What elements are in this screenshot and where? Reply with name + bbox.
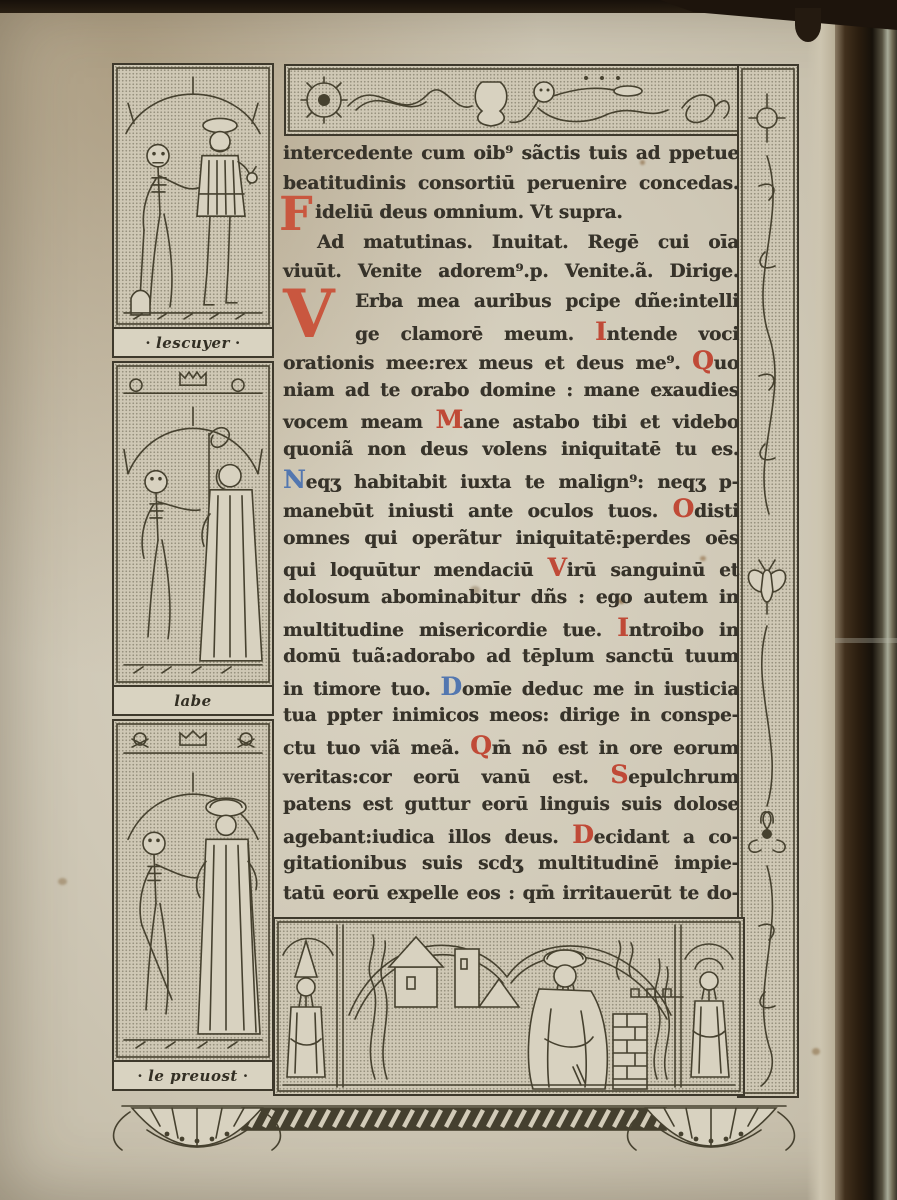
inline-initial: Q <box>692 346 714 375</box>
text-line: Erba mea auribus pcipe dñe:intelli <box>283 287 739 317</box>
text-segment: tatū eorū expelle eos : qm̄ irritauerūt … <box>283 883 739 904</box>
panel-banner-provost: · le preuost · <box>114 1060 272 1089</box>
text-line: dolosum abominabitur dñs : ego autem in <box>283 583 739 613</box>
text-line: ge clamorē meum. Intende voci <box>283 317 739 347</box>
text-segment: viuūt. Venite adorem⁹.p. Venite.ã. Dirig… <box>283 261 739 282</box>
text-segment: eqʒ habitabit iuxta te malign⁹: neqʒ p- <box>306 472 739 493</box>
illuminated-initial-F: F <box>279 191 312 238</box>
text-line: Neqʒ habitabit iuxta te malign⁹: neqʒ p- <box>283 465 739 495</box>
text-line: viuūt. Venite adorem⁹.p. Venite.ã. Dirig… <box>283 257 739 287</box>
death-and-abbot-illustration <box>114 363 272 685</box>
danse-macabre-margin-column: · lescuyer · <box>112 63 274 1091</box>
death-and-provost-illustration <box>114 721 272 1060</box>
woodcut-death-and-abbot: labe <box>112 361 274 716</box>
text-segment: in timore tuo. <box>283 679 440 700</box>
banner-caption: lescuyer <box>156 334 230 352</box>
text-segment: ntroibo in <box>629 620 739 641</box>
text-line: niam ad te orabo domine : mane exaudies <box>283 376 739 406</box>
text-line: patens est guttur eorū linguis suis dolo… <box>283 790 739 820</box>
text-line: orationis mee:rex meus et deus me⁹. Quo <box>283 346 739 376</box>
right-border-woodcut <box>737 64 799 1098</box>
text-segment: Ad matutinas. Inuitat. Regē cui oīa <box>317 232 739 253</box>
inline-initial: M <box>435 405 462 434</box>
text-segment: ecidant a co- <box>594 827 739 848</box>
text-line: multitudine misericordie tue. Introibo i… <box>283 613 739 643</box>
inline-initial: O <box>672 494 694 523</box>
text-line: ideliū deus omnium. Vt supra. <box>283 198 739 228</box>
banner-dot: · <box>243 1067 249 1085</box>
inline-initial: I <box>617 613 628 642</box>
text-segment: dolosum abominabitur dñs : ego autem in <box>283 587 739 608</box>
text-segment: irū sanguinū et <box>567 560 739 581</box>
bottom-scene-woodcut <box>273 917 745 1096</box>
text-line: manebūt iniusti ante oculos tuos. Odisti <box>283 494 739 524</box>
text-segment: m̄ nō est in ore eorum <box>492 738 739 759</box>
text-segment: beatitudinis consortiū peruenire conceda… <box>283 173 739 194</box>
text-segment: patens est guttur eorū linguis suis dolo… <box>283 794 739 815</box>
text-segment: intercedente cum oib⁹ sãctis tuis ad ppe… <box>283 143 739 164</box>
text-line: in timore tuo. Domīe deduc me in iustici… <box>283 672 739 702</box>
text-segment: ge clamorē meum. <box>355 324 595 345</box>
text-segment: multitudine misericordie tue. <box>283 620 617 641</box>
text-segment: epulchrum <box>628 767 739 788</box>
text-segment: gitationibus suis scdʒ multitudinē impie… <box>283 853 739 874</box>
binding-edge <box>835 0 897 1200</box>
text-segment: orationis mee:rex meus et deus me⁹. <box>283 353 692 374</box>
text-line: intercedente cum oib⁹ sãctis tuis ad ppe… <box>283 139 739 169</box>
banner-caption: labe <box>174 692 211 710</box>
panel-banner-abbot: labe <box>114 685 272 714</box>
text-segment: ntende voci <box>607 324 740 345</box>
text-segment: qui loquūtur mendaciū <box>283 560 547 581</box>
book-of-hours-leaf-photo: · lescuyer · <box>0 0 897 1200</box>
death-and-squire-illustration <box>114 65 272 327</box>
text-line: tua ppter inimicos meos: dirige in consp… <box>283 701 739 731</box>
text-segment: agebant:iudica illos deus. <box>283 827 572 848</box>
banner-caption: le preuost <box>148 1067 238 1085</box>
panel-banner-squire: · lescuyer · <box>114 327 272 356</box>
inline-initial: D <box>440 672 461 701</box>
text-segment: ctu tuo viã meã. <box>283 738 470 759</box>
foxing-spot <box>812 1048 820 1055</box>
text-segment: veritas:cor eorū vanū est. <box>283 767 610 788</box>
text-segment: manebūt iniusti ante oculos tuos. <box>283 501 672 522</box>
inline-initial: Q <box>470 731 492 760</box>
text-segment: ideliū deus omnium. Vt supra. <box>315 202 623 223</box>
text-line: gitationibus suis scdʒ multitudinē impie… <box>283 849 739 879</box>
text-segment: disti <box>694 501 739 522</box>
illuminated-initial-V: V <box>283 281 334 347</box>
inline-initial: V <box>547 553 566 582</box>
text-segment: omnes qui operãtur iniquitatē:perdes oēs <box>283 528 739 549</box>
base-ornament-woodcut <box>92 1098 816 1162</box>
text-line: Ad matutinas. Inuitat. Regē cui oīa <box>283 228 739 258</box>
text-block: intercedente cum oib⁹ sãctis tuis ad ppe… <box>283 139 739 908</box>
text-line: domū tuã:adorabo ad tēplum sanctū tuum <box>283 642 739 672</box>
woodcut-death-and-squire: · lescuyer · <box>112 63 274 358</box>
banner-dot: · <box>235 334 241 352</box>
inline-initial: N <box>283 465 306 494</box>
banner-dot: · <box>137 1067 143 1085</box>
text-line: beatitudinis consortiū peruenire conceda… <box>283 169 739 199</box>
text-segment: domū tuã:adorabo ad tēplum sanctū tuum <box>283 646 739 667</box>
text-line: veritas:cor eorū vanū est. Sepulchrum <box>283 760 739 790</box>
photo-top-right-edge <box>660 0 897 30</box>
text-segment: tua ppter inimicos meos: dirige in consp… <box>283 705 739 726</box>
inline-initial: S <box>610 760 628 789</box>
foxing-spot <box>58 878 67 885</box>
text-line: qui loquūtur mendaciū Virū sanguinū et <box>283 553 739 583</box>
text-segment: quoniã non deus volens iniquitatē tu es. <box>283 439 739 460</box>
text-segment: uo <box>714 353 739 374</box>
text-segment: vocem meam <box>283 412 435 433</box>
inline-initial: I <box>595 317 606 346</box>
text-segment: omīe deduc me in iusticia <box>462 679 739 700</box>
inline-initial: D <box>572 820 593 849</box>
text-line: omnes qui operãtur iniquitatē:perdes oēs <box>283 524 739 554</box>
page-paper-edge <box>807 12 837 1200</box>
text-line: quoniã non deus volens iniquitatē tu es. <box>283 435 739 465</box>
woodcut-death-and-provost: · le preuost · <box>112 719 274 1091</box>
binding-seam <box>835 638 897 643</box>
text-segment: ane astabo tibi et videbo <box>463 412 739 433</box>
text-line: vocem meam Mane astabo tibi et videbo <box>283 405 739 435</box>
text-line: tatū eorū expelle eos : qm̄ irritauerūt … <box>283 879 739 909</box>
text-line: ctu tuo viã meã. Qm̄ nō est in ore eorum <box>283 731 739 761</box>
text-segment: Erba mea auribus pcipe dñe:intelli <box>355 291 739 312</box>
banner-dot: · <box>145 334 151 352</box>
paper-tear-notch <box>795 8 821 42</box>
top-border-woodcut <box>284 64 744 136</box>
text-segment: niam ad te orabo domine : mane exaudies <box>283 380 739 401</box>
text-line: agebant:iudica illos deus. Decidant a co… <box>283 820 739 850</box>
